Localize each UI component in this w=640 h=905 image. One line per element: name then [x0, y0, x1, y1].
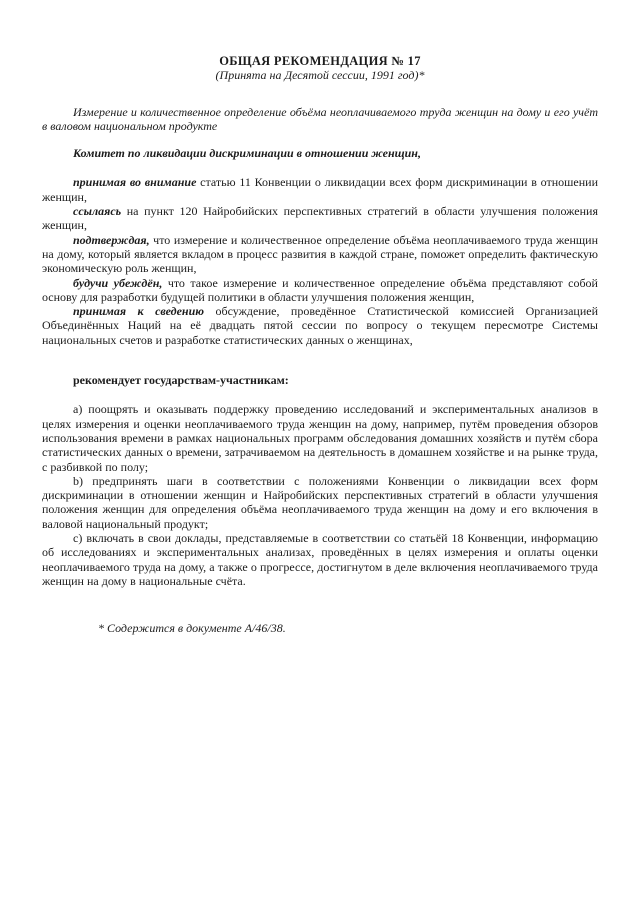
committee-salutation: Комитет по ликвидации дискриминации в от… — [42, 146, 598, 160]
paragraph-lead: подтверждая, — [73, 233, 150, 247]
preamble-paragraph: принимая во внимание статью 11 Конвенции… — [42, 175, 598, 204]
recommendation-heading: рекомендует государствам-участникам: — [42, 373, 598, 387]
document-epigraph: Измерение и количественное определение о… — [42, 105, 598, 134]
recommendation-items: a) поощрять и оказывать поддержку провед… — [42, 402, 598, 588]
preamble-paragraph: будучи убеждён, что такое измерение и ко… — [42, 276, 598, 305]
footnote: * Содержится в документе A/46/38. — [42, 621, 598, 635]
paragraph-lead: будучи убеждён, — [73, 276, 162, 290]
preamble-paragraph: подтверждая, что измерение и количествен… — [42, 233, 598, 276]
preamble-section: принимая во внимание статью 11 Конвенции… — [42, 175, 598, 347]
preamble-paragraph: принимая к сведению обсуждение, проведён… — [42, 304, 598, 347]
document-title: ОБЩАЯ РЕКОМЕНДАЦИЯ № 17 — [42, 54, 598, 68]
document-header: ОБЩАЯ РЕКОМЕНДАЦИЯ № 17 (Принята на Деся… — [42, 54, 598, 83]
document-page: ОБЩАЯ РЕКОМЕНДАЦИЯ № 17 (Принята на Деся… — [0, 0, 640, 905]
recommendation-item: b) предпринять шаги в соответствии с пол… — [42, 474, 598, 531]
paragraph-lead: ссылаясь — [73, 204, 121, 218]
recommendation-item: a) поощрять и оказывать поддержку провед… — [42, 402, 598, 473]
recommendation-item: c) включать в свои доклады, представляем… — [42, 531, 598, 588]
document-subtitle: (Принята на Десятой сессии, 1991 год)* — [42, 68, 598, 82]
preamble-paragraph: ссылаясь на пункт 120 Найробийских персп… — [42, 204, 598, 233]
paragraph-lead: принимая во внимание — [73, 175, 196, 189]
paragraph-lead: принимая к сведению — [73, 304, 204, 318]
